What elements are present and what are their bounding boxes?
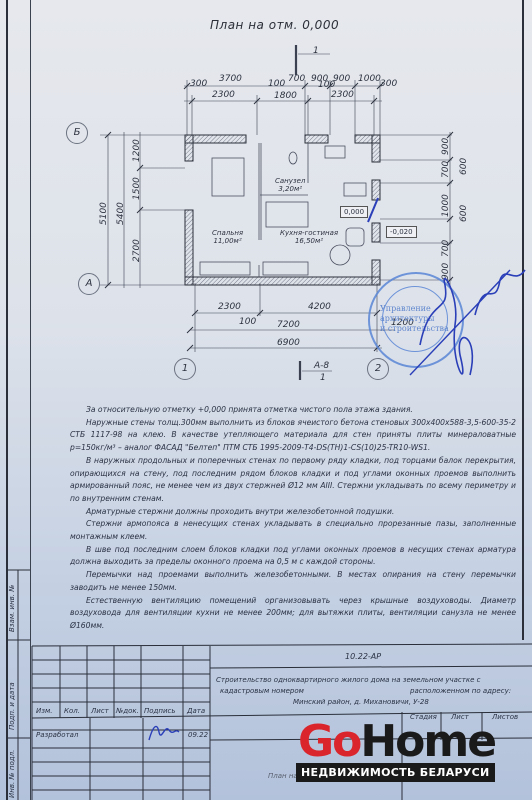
room-kitchen-living-name: Кухня-гостиная xyxy=(280,229,338,237)
room-bedroom-area: 11,00м² xyxy=(212,237,243,245)
room-bedroom: Спальня 11,00м² xyxy=(212,229,243,245)
project-line-1: Строительство одноквартирного жилого дом… xyxy=(216,676,480,684)
axis-marker-a: А xyxy=(78,273,100,295)
section-mark-bottom-sub: 1 xyxy=(320,373,326,383)
level-mark-floor: 0,000 xyxy=(340,206,368,218)
col-header-signature: Подпись xyxy=(144,707,176,715)
room-bathroom: Санузел 3,20м² xyxy=(275,177,305,193)
note-8: Естественную вентиляцию помещений органи… xyxy=(70,595,516,633)
dim-bottom-6900: 6900 xyxy=(277,338,300,348)
note-1: За относительную отметку +0,000 принята … xyxy=(70,404,516,417)
project-code: 10.22-АР xyxy=(345,652,381,661)
gohome-logo: GoHome xyxy=(298,716,495,767)
dim-top-300b: 300 xyxy=(380,79,397,89)
note-5: Стержни армопояса в ненесущих стенах укл… xyxy=(70,518,516,543)
section-mark-bottom-label: А-8 xyxy=(314,361,329,371)
developer-date: 09.22 xyxy=(188,731,208,739)
dim-bottom-4200: 4200 xyxy=(308,302,331,312)
dim-top-1800: 1800 xyxy=(274,91,297,101)
room-kitchen-living-area: 16,50м² xyxy=(280,237,338,245)
note-2: Наружные стены толщ.300мм выполнить из б… xyxy=(70,417,516,455)
developer-label: Разработал xyxy=(36,731,78,739)
project-line-2-right: расположенном по адресу: xyxy=(410,687,511,695)
dim-top-2300b: 2300 xyxy=(331,90,354,100)
drawing-sheet: План на отм. 0,000 xyxy=(0,0,532,800)
dim-left-1500: 1500 xyxy=(132,177,142,200)
col-header-date: Дата xyxy=(187,707,205,715)
axis-marker-1: 1 xyxy=(174,358,196,380)
logo-home: Home xyxy=(360,716,495,767)
dim-right-900a: 900 xyxy=(441,138,451,155)
col-header-doc: №док. xyxy=(116,707,139,715)
dim-right-1000: 1000 xyxy=(441,194,451,217)
project-line-2-left: кадастровым номером xyxy=(220,687,304,695)
dim-left-2700: 2700 xyxy=(132,239,142,262)
room-bathroom-name: Санузел xyxy=(275,177,305,185)
dim-right-700a: 700 xyxy=(441,161,451,178)
logo-tagline: НЕДВИЖИМОСТЬ БЕЛАРУСИ xyxy=(296,763,495,782)
level-mark-entry: -0,020 xyxy=(386,226,417,238)
dim-bottom-7200: 7200 xyxy=(277,320,300,330)
dim-left-5100: 5100 xyxy=(99,202,109,225)
col-header-izm: Изм. xyxy=(36,707,52,715)
dim-top-1000: 1000 xyxy=(358,74,381,84)
general-notes: За относительную отметку +0,000 принята … xyxy=(70,404,516,633)
axis-marker-2: 2 xyxy=(367,358,389,380)
note-4: Арматурные стержни должны проходить внут… xyxy=(70,506,516,519)
room-bedroom-name: Спальня xyxy=(212,229,243,237)
section-mark-top-label: 1 xyxy=(313,46,319,56)
dim-top-300: 300 xyxy=(190,79,207,89)
note-3: В наружных продольных и поперечных стена… xyxy=(70,455,516,506)
logo-go: Go xyxy=(298,716,360,767)
signature-scribble xyxy=(400,255,532,405)
dim-top-100: 100 xyxy=(268,79,285,89)
project-line-3: Минский район, д. Михановичи, У-28 xyxy=(293,698,429,706)
dim-bottom-2300: 2300 xyxy=(218,302,241,312)
dim-top-700: 700 xyxy=(288,74,305,84)
dim-right-600a: 600 xyxy=(459,158,469,175)
dim-bottom-100: 100 xyxy=(239,317,256,327)
col-header-kol: Кол. xyxy=(64,707,80,715)
room-kitchen-living: Кухня-гостиная 16,50м² xyxy=(280,229,338,245)
dim-top-2300a: 2300 xyxy=(212,90,235,100)
note-6: В шве под последним слоем блоков кладки … xyxy=(70,544,516,569)
room-bathroom-area: 3,20м² xyxy=(275,185,305,193)
dim-left-1200: 1200 xyxy=(132,139,142,162)
sheets-count-header: Листов xyxy=(492,713,518,721)
axis-marker-b: Б xyxy=(66,122,88,144)
note-7: Перемычки над проемами выполнить железоб… xyxy=(70,569,516,594)
col-header-list: Лист xyxy=(91,707,109,715)
dim-top-3700: 3700 xyxy=(219,74,242,84)
dim-left-5400: 5400 xyxy=(116,202,126,225)
dim-top-900b: 900 xyxy=(333,74,350,84)
developer-signature xyxy=(145,720,181,746)
side-label-replace-inv: Взам. инв. № xyxy=(8,584,16,632)
dim-right-600b: 600 xyxy=(459,205,469,222)
